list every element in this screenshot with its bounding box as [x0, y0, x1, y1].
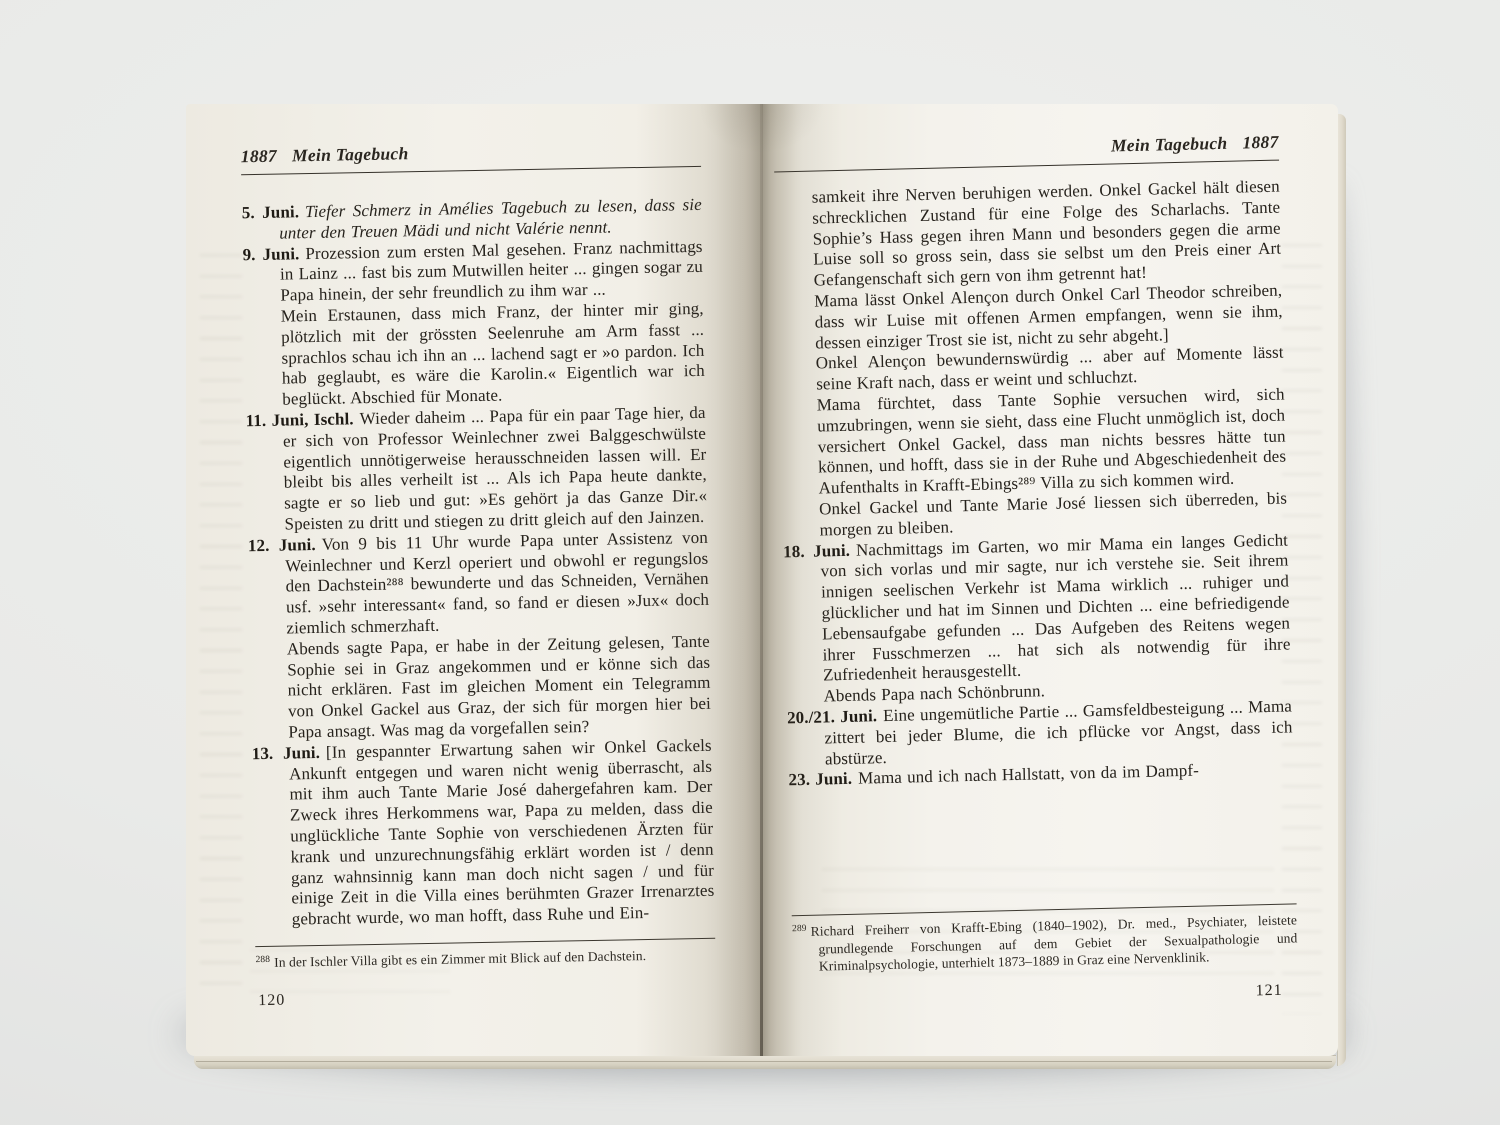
right-page-number: 121: [1255, 982, 1282, 1001]
left-page: 1887 Mein Tagebuch 5. Juni.Tiefer Schmer…: [186, 104, 762, 1056]
entry-date-label: 11. Juni, Ischl.: [245, 409, 353, 430]
photo-background: 1887 Mein Tagebuch 5. Juni.Tiefer Schmer…: [0, 0, 1500, 1125]
diary-entry: 11. Juni, Ischl.Wieder daheim ... Papa f…: [245, 403, 707, 536]
left-page-footnote: 288In der Ischler Villa gibt es ein Zimm…: [255, 938, 715, 972]
footnote-text: 288In der Ischler Villa gibt es ein Zimm…: [255, 946, 715, 972]
entry-text: Eine ungemütliche Partie ... Gamsfeldbes…: [824, 696, 1292, 768]
footnote-body: Richard Freiherr von Krafft-Ebing (1840–…: [810, 913, 1297, 974]
entry-text: [In gespannter Erwartung sahen wir Onkel…: [289, 735, 715, 928]
page-stack-right-edge: [1337, 114, 1346, 1066]
diary-entry: Mama fürchtet, dass Tante Sophie versuch…: [779, 384, 1286, 500]
right-page-header: Mein Tagebuch 1887: [774, 132, 1280, 173]
entry-date-label: 5. Juni.: [242, 202, 300, 222]
page-stack-bottom-line: [196, 1061, 1332, 1062]
entry-text: Von 9 bis 11 Uhr wurde Papa unter Assist…: [285, 528, 709, 638]
diary-entry: 18. Juni.Nachmittags im Garten, wo mir M…: [783, 530, 1291, 687]
entry-text: Nachmittags im Garten, wo mir Mama ein l…: [820, 530, 1290, 685]
left-page-header: 1887 Mein Tagebuch: [241, 138, 701, 175]
diary-entry: Mama lässt Onkel Alençon durch Onkel Car…: [777, 281, 1283, 355]
book-gutter: [760, 104, 763, 1056]
diary-entry: 12. Juni.Von 9 bis 11 Uhr wurde Papa unt…: [248, 528, 710, 640]
right-page-body: samkeit ihre Nerven beruhigen werden. On…: [775, 177, 1294, 792]
diary-entry: 20./21. Juni.Eine ungemütliche Partie ..…: [787, 696, 1293, 770]
right-page: Mein Tagebuch 1887 samkeit ihre Nerven b…: [762, 104, 1338, 1056]
diary-entry: Mein Erstaunen, dass mich Franz, der hin…: [244, 299, 706, 411]
header-title: Mein Tagebuch: [1111, 133, 1228, 157]
entry-date-label: 13. Juni.: [252, 743, 321, 763]
entry-text: Prozession zum ersten Mal gesehen. Franz…: [280, 236, 703, 304]
header-title: Mein Tagebuch: [292, 143, 409, 166]
gutter-top-shade: [686, 104, 836, 174]
footnote-text: 289Richard Freiherr von Krafft-Ebing (18…: [792, 912, 1298, 975]
right-page-footnote: 289Richard Freiherr von Krafft-Ebing (18…: [792, 903, 1298, 975]
diary-entry: samkeit ihre Nerven beruhigen werden. On…: [775, 177, 1282, 293]
entry-text: Tiefer Schmerz in Amélies Tagebuch zu le…: [279, 195, 702, 243]
footnote-body: In der Ischler Villa gibt es ein Zimmer …: [274, 948, 646, 970]
header-year: 1887: [241, 146, 278, 168]
page-show-through: [200, 254, 242, 994]
header-year: 1887: [1242, 132, 1279, 154]
footnote-marker: 288: [255, 955, 270, 965]
entry-date-label: 12. Juni.: [248, 535, 316, 555]
diary-entry: 13. Juni.[In gespannter Erwartung sahen …: [252, 735, 715, 931]
entry-text: Mama lässt Onkel Alençon durch Onkel Car…: [814, 281, 1283, 353]
entry-text: Abends sagte Papa, er habe in der Zeitun…: [287, 632, 711, 742]
footnote-rule: [255, 938, 715, 948]
entry-date-label: 23. Juni.: [788, 769, 852, 789]
diary-entry: Abends sagte Papa, er habe in der Zeitun…: [250, 632, 712, 744]
left-page-number: 120: [258, 992, 285, 1010]
open-book: 1887 Mein Tagebuch 5. Juni.Tiefer Schmer…: [186, 104, 1338, 1056]
footnote-marker: 289: [792, 924, 807, 934]
entry-date-label: 20./21. Juni.: [787, 706, 878, 727]
entry-date-label: 9. Juni.: [242, 244, 299, 264]
diary-entry: 9. Juni.Prozession zum ersten Mal gesehe…: [242, 236, 703, 307]
entry-text: Mein Erstaunen, dass mich Franz, der hin…: [281, 299, 705, 409]
entry-date-label: 18. Juni.: [783, 540, 850, 561]
entry-text: samkeit ihre Nerven beruhigen werden. On…: [812, 177, 1282, 290]
left-page-body: 5. Juni.Tiefer Schmerz in Amélies Tagebu…: [242, 195, 715, 931]
entry-text: Mama fürchtet, dass Tante Sophie versuch…: [816, 384, 1286, 497]
